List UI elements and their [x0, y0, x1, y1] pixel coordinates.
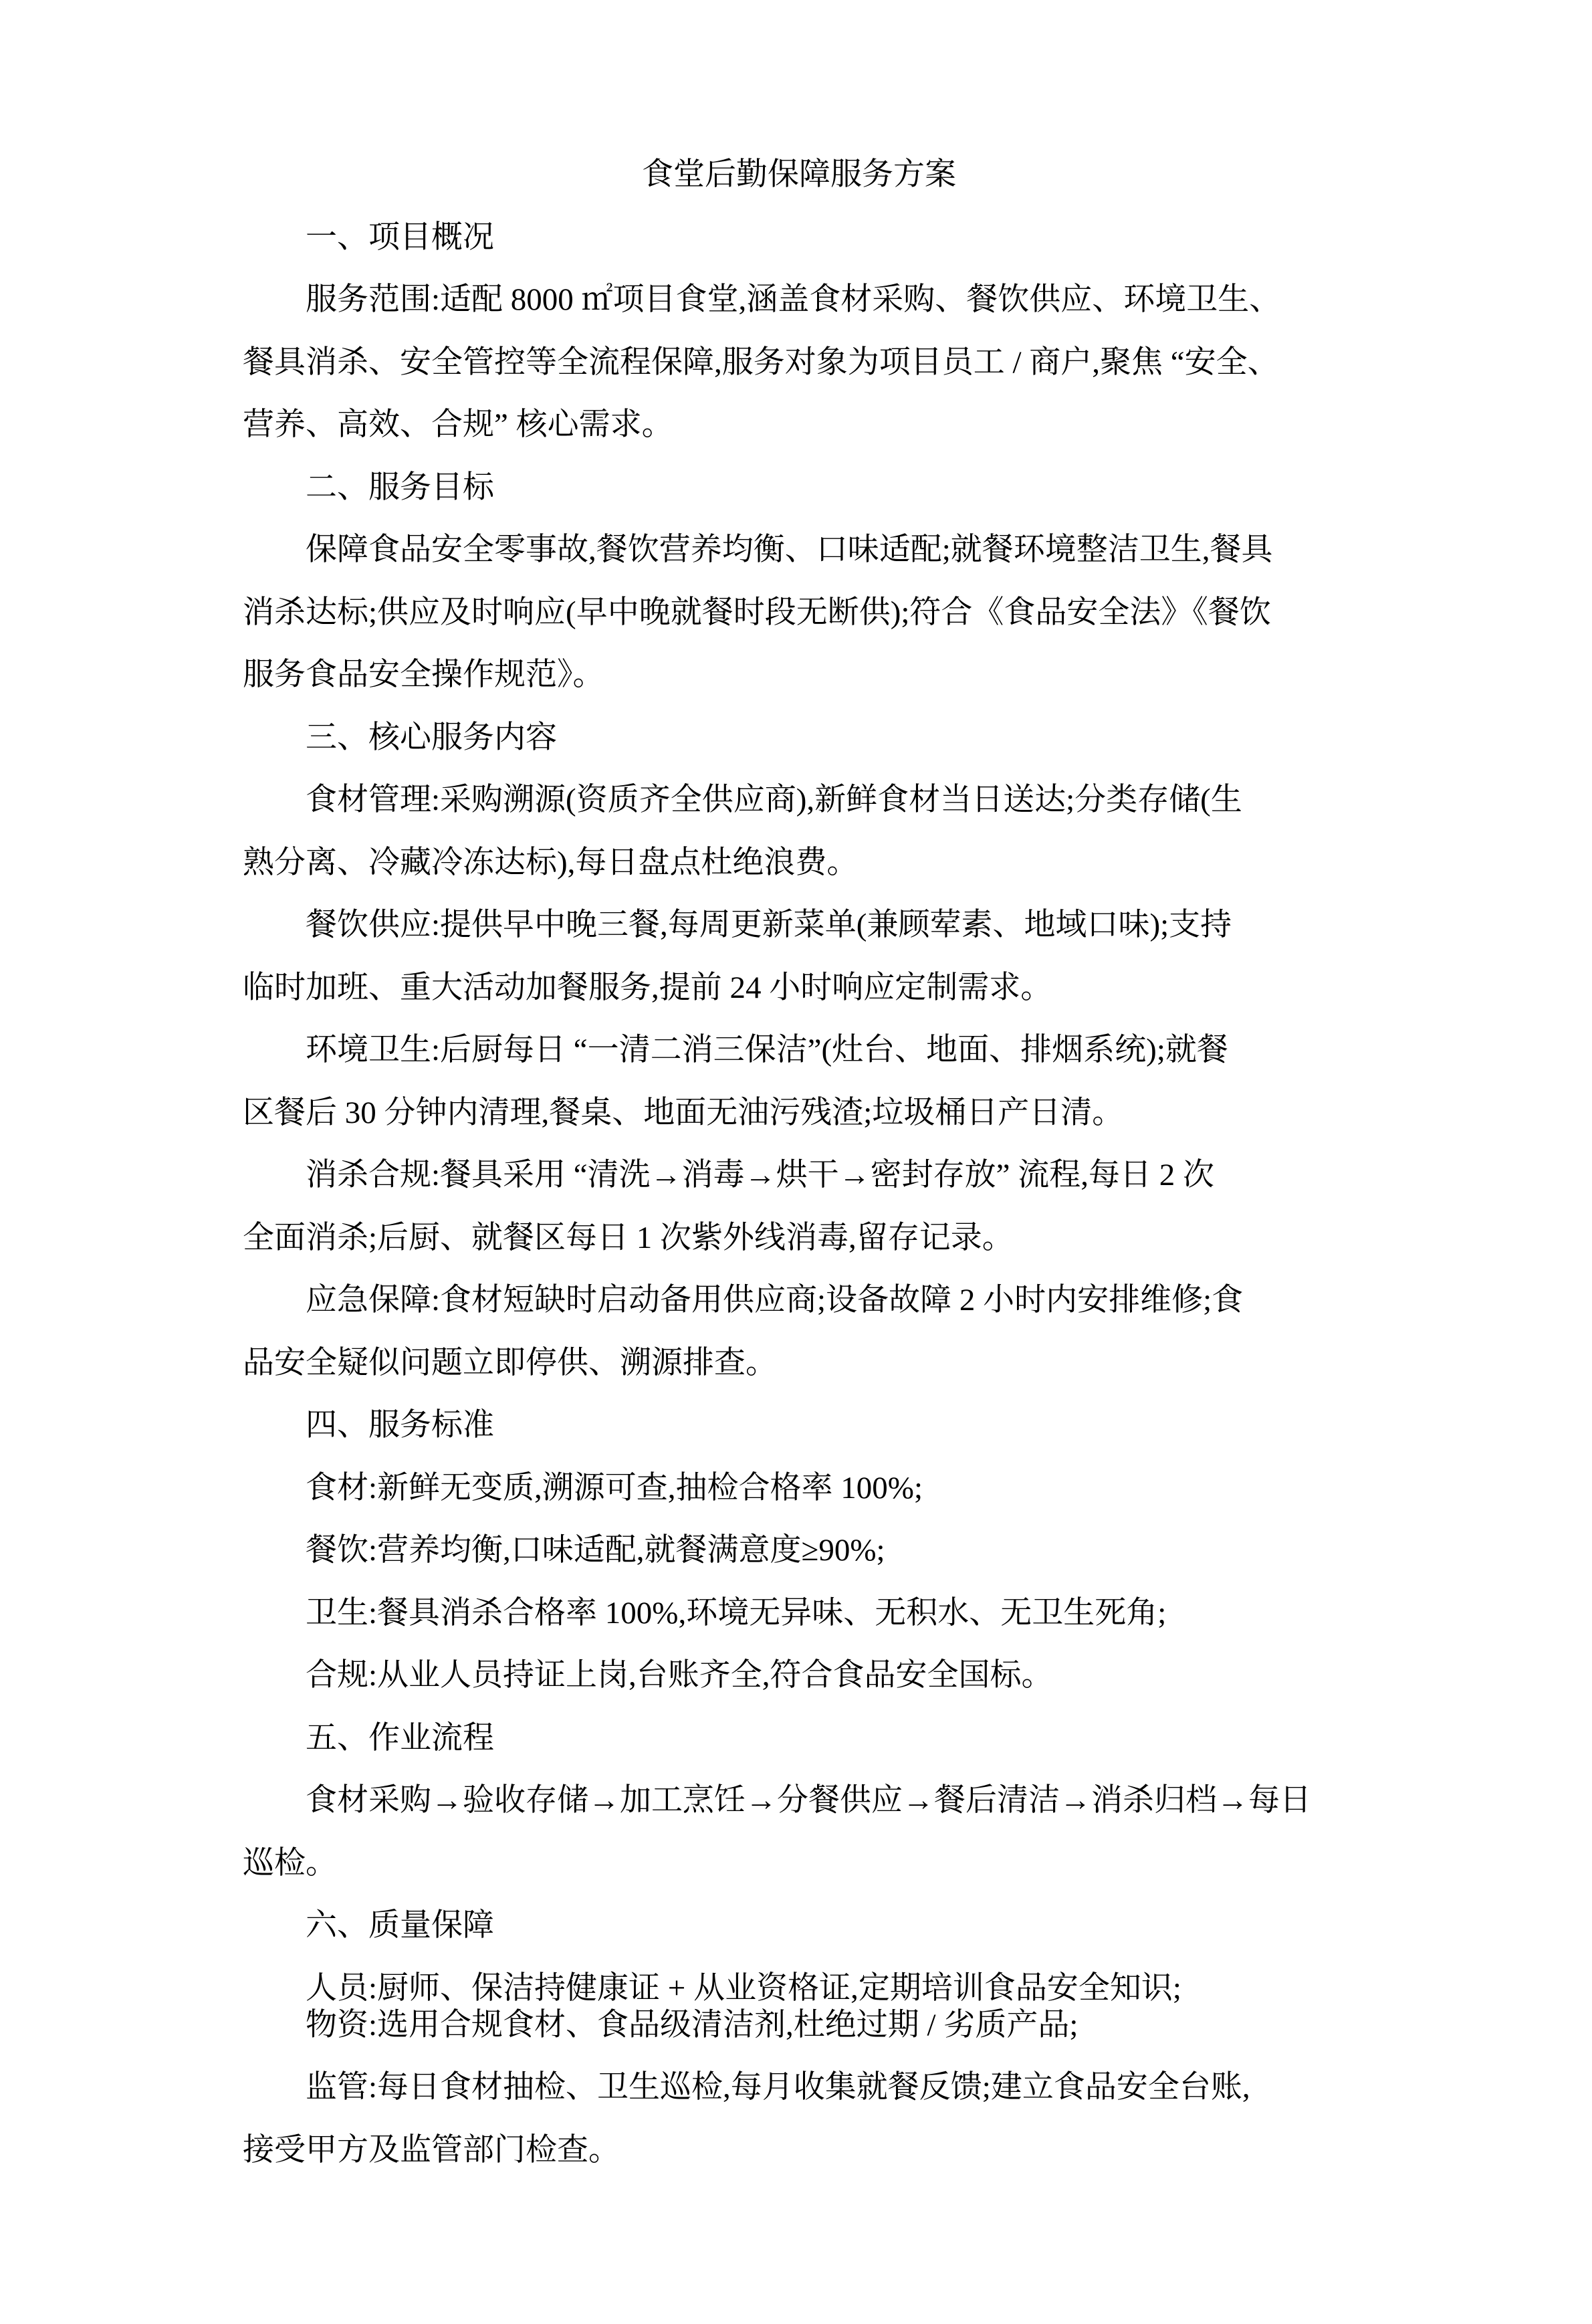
para-work-process: 食材采购→验收存储→加工烹饪→分餐供应→餐后清洁→消杀归档→每日 巡检。	[243, 1770, 1446, 1895]
heading-quality-assurance: 六、质量保障	[243, 1895, 1446, 1958]
para-materials: 物资:选用合规食材、食品级清洁剂,杜绝过期 / 劣质产品;	[243, 1994, 1446, 2057]
para-standard-ingredients: 食材:新鲜无变质,溯源可查,抽检合格率 100%;	[243, 1457, 1446, 1520]
heading-service-standards: 四、服务标准	[243, 1394, 1446, 1457]
heading-work-process: 五、作业流程	[243, 1707, 1446, 1770]
heading-project-overview: 一、项目概况	[243, 207, 1446, 270]
para-service-scope: 服务范围:适配 8000 ㎡项目食堂,涵盖食材采购、餐饮供应、环境卫生、 餐具消…	[243, 269, 1446, 457]
para-disinfection-compliance: 消杀合规:餐具采用 “清洗→消毒→烘干→密封存放” 流程,每日 2 次 全面消杀…	[243, 1144, 1446, 1269]
document-title: 食堂后勤保障服务方案	[243, 144, 1355, 207]
document-page: { "page": { "background_color": "#ffffff…	[0, 0, 1592, 2324]
para-catering-supply: 餐饮供应:提供早中晚三餐,每周更新菜单(兼顾荤素、地域口味);支持 临时加班、重…	[243, 894, 1446, 1019]
para-ingredient-management: 食材管理:采购溯源(资质齐全供应商),新鲜食材当日送达;分类存储(生 熟分离、冷…	[243, 769, 1446, 894]
para-supervision: 监管:每日食材抽检、卫生巡检,每月收集就餐反馈;建立食品安全台账, 接受甲方及监…	[243, 2056, 1446, 2182]
para-standard-catering: 餐饮:营养均衡,口味适配,就餐满意度≥90%;	[243, 1519, 1446, 1582]
para-service-goals: 保障食品安全零事故,餐饮营养均衡、口味适配;就餐环境整洁卫生,餐具 消杀达标;供…	[243, 519, 1446, 707]
document-body: 食堂后勤保障服务方案 一、项目概况 服务范围:适配 8000 ㎡项目食堂,涵盖食…	[243, 144, 1355, 2182]
heading-service-goals: 二、服务目标	[243, 457, 1446, 520]
para-environment-hygiene: 环境卫生:后厨每日 “一清二消三保洁”(灶台、地面、排烟系统);就餐 区餐后 3…	[243, 1019, 1446, 1144]
para-standard-hygiene: 卫生:餐具消杀合格率 100%,环境无异味、无积水、无卫生死角;	[243, 1582, 1446, 1645]
heading-core-services: 三、核心服务内容	[243, 707, 1446, 770]
para-standard-compliance: 合规:从业人员持证上岗,台账齐全,符合食品安全国标。	[243, 1645, 1446, 1707]
para-emergency-support: 应急保障:食材短缺时启动备用供应商;设备故障 2 小时内安排维修;食 品安全疑似…	[243, 1269, 1446, 1394]
